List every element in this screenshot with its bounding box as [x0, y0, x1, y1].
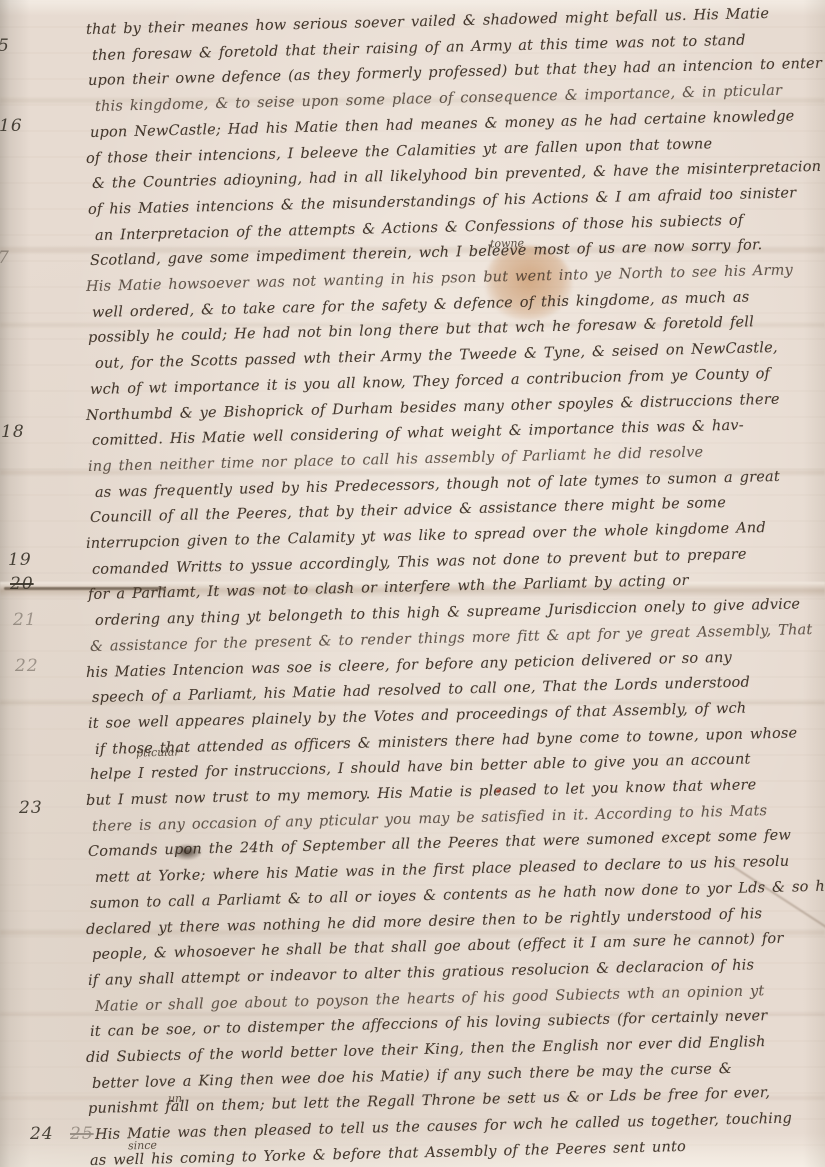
manuscript-line: as well his coming to Yorke & before tha… [90, 1139, 686, 1167]
manuscript-line: helpe I rested for instruccions, I shoul… [90, 752, 751, 784]
manuscript-line: that by their meanes how serious soever … [86, 6, 770, 38]
manuscript-line: for a Parliamt, It was not to clash or i… [88, 573, 689, 603]
margin-number: 25 [70, 1124, 94, 1144]
margin-number: 7 [0, 248, 10, 268]
manuscript-line: but I must now trust to my memory. His M… [86, 777, 757, 809]
margin-number: 23 [19, 798, 43, 818]
manuscript-line: if any shall attempt or indeavor to alte… [88, 957, 755, 989]
margin-number: 16 [0, 116, 23, 136]
manuscript-line: of those their intencions, I beleeve the… [86, 136, 713, 167]
manuscript-line: wch of wt importance it is you all know,… [90, 366, 771, 398]
manuscript-text: that by their meanes how serious soever … [0, 0, 825, 1167]
margin-number: 22 [15, 656, 39, 676]
manuscript-line: did Subiects of the world better love th… [86, 1034, 766, 1066]
margin-number: 21 [13, 610, 37, 630]
manuscript-line: His Matie was then pleased to tell us th… [95, 1111, 792, 1143]
manuscript-line: comitted. His Matie well considering of … [92, 418, 744, 449]
interlinear-insertion: towne [490, 237, 524, 251]
ink-smudge [172, 844, 202, 860]
margin-number: 24 [30, 1124, 54, 1144]
manuscript-line: it soe well appeares plainely by the Vot… [88, 700, 747, 732]
margin-number: 19 [8, 550, 32, 570]
margin-number: 18 [1, 422, 25, 442]
manuscript-line: Councill of all the Peeres, that by thei… [90, 495, 726, 526]
interlinear-insertion: un [168, 1092, 182, 1105]
manuscript-page: then foresaw & foretold that their raisi… [0, 0, 825, 1167]
margin-number: 5 [0, 36, 10, 56]
red-speck [496, 789, 501, 793]
manuscript-line: interrupcion given to the Calamity yt wa… [86, 520, 766, 552]
margin-number: 20 [10, 574, 34, 594]
manuscript-line: speech of a Parliamt, his Matie had reso… [92, 675, 750, 707]
interlinear-insertion: since [128, 1139, 157, 1153]
manuscript-line: possibly he could; He had not bin long t… [88, 315, 754, 347]
manuscript-line: better love a King then wee doe his Mati… [92, 1061, 732, 1092]
manuscript-line: ing then neither time nor place to call … [88, 444, 704, 474]
manuscript-line: his Maties Intencion was soe is cleere, … [86, 649, 732, 680]
interlinear-insertion: pticular [136, 745, 180, 759]
